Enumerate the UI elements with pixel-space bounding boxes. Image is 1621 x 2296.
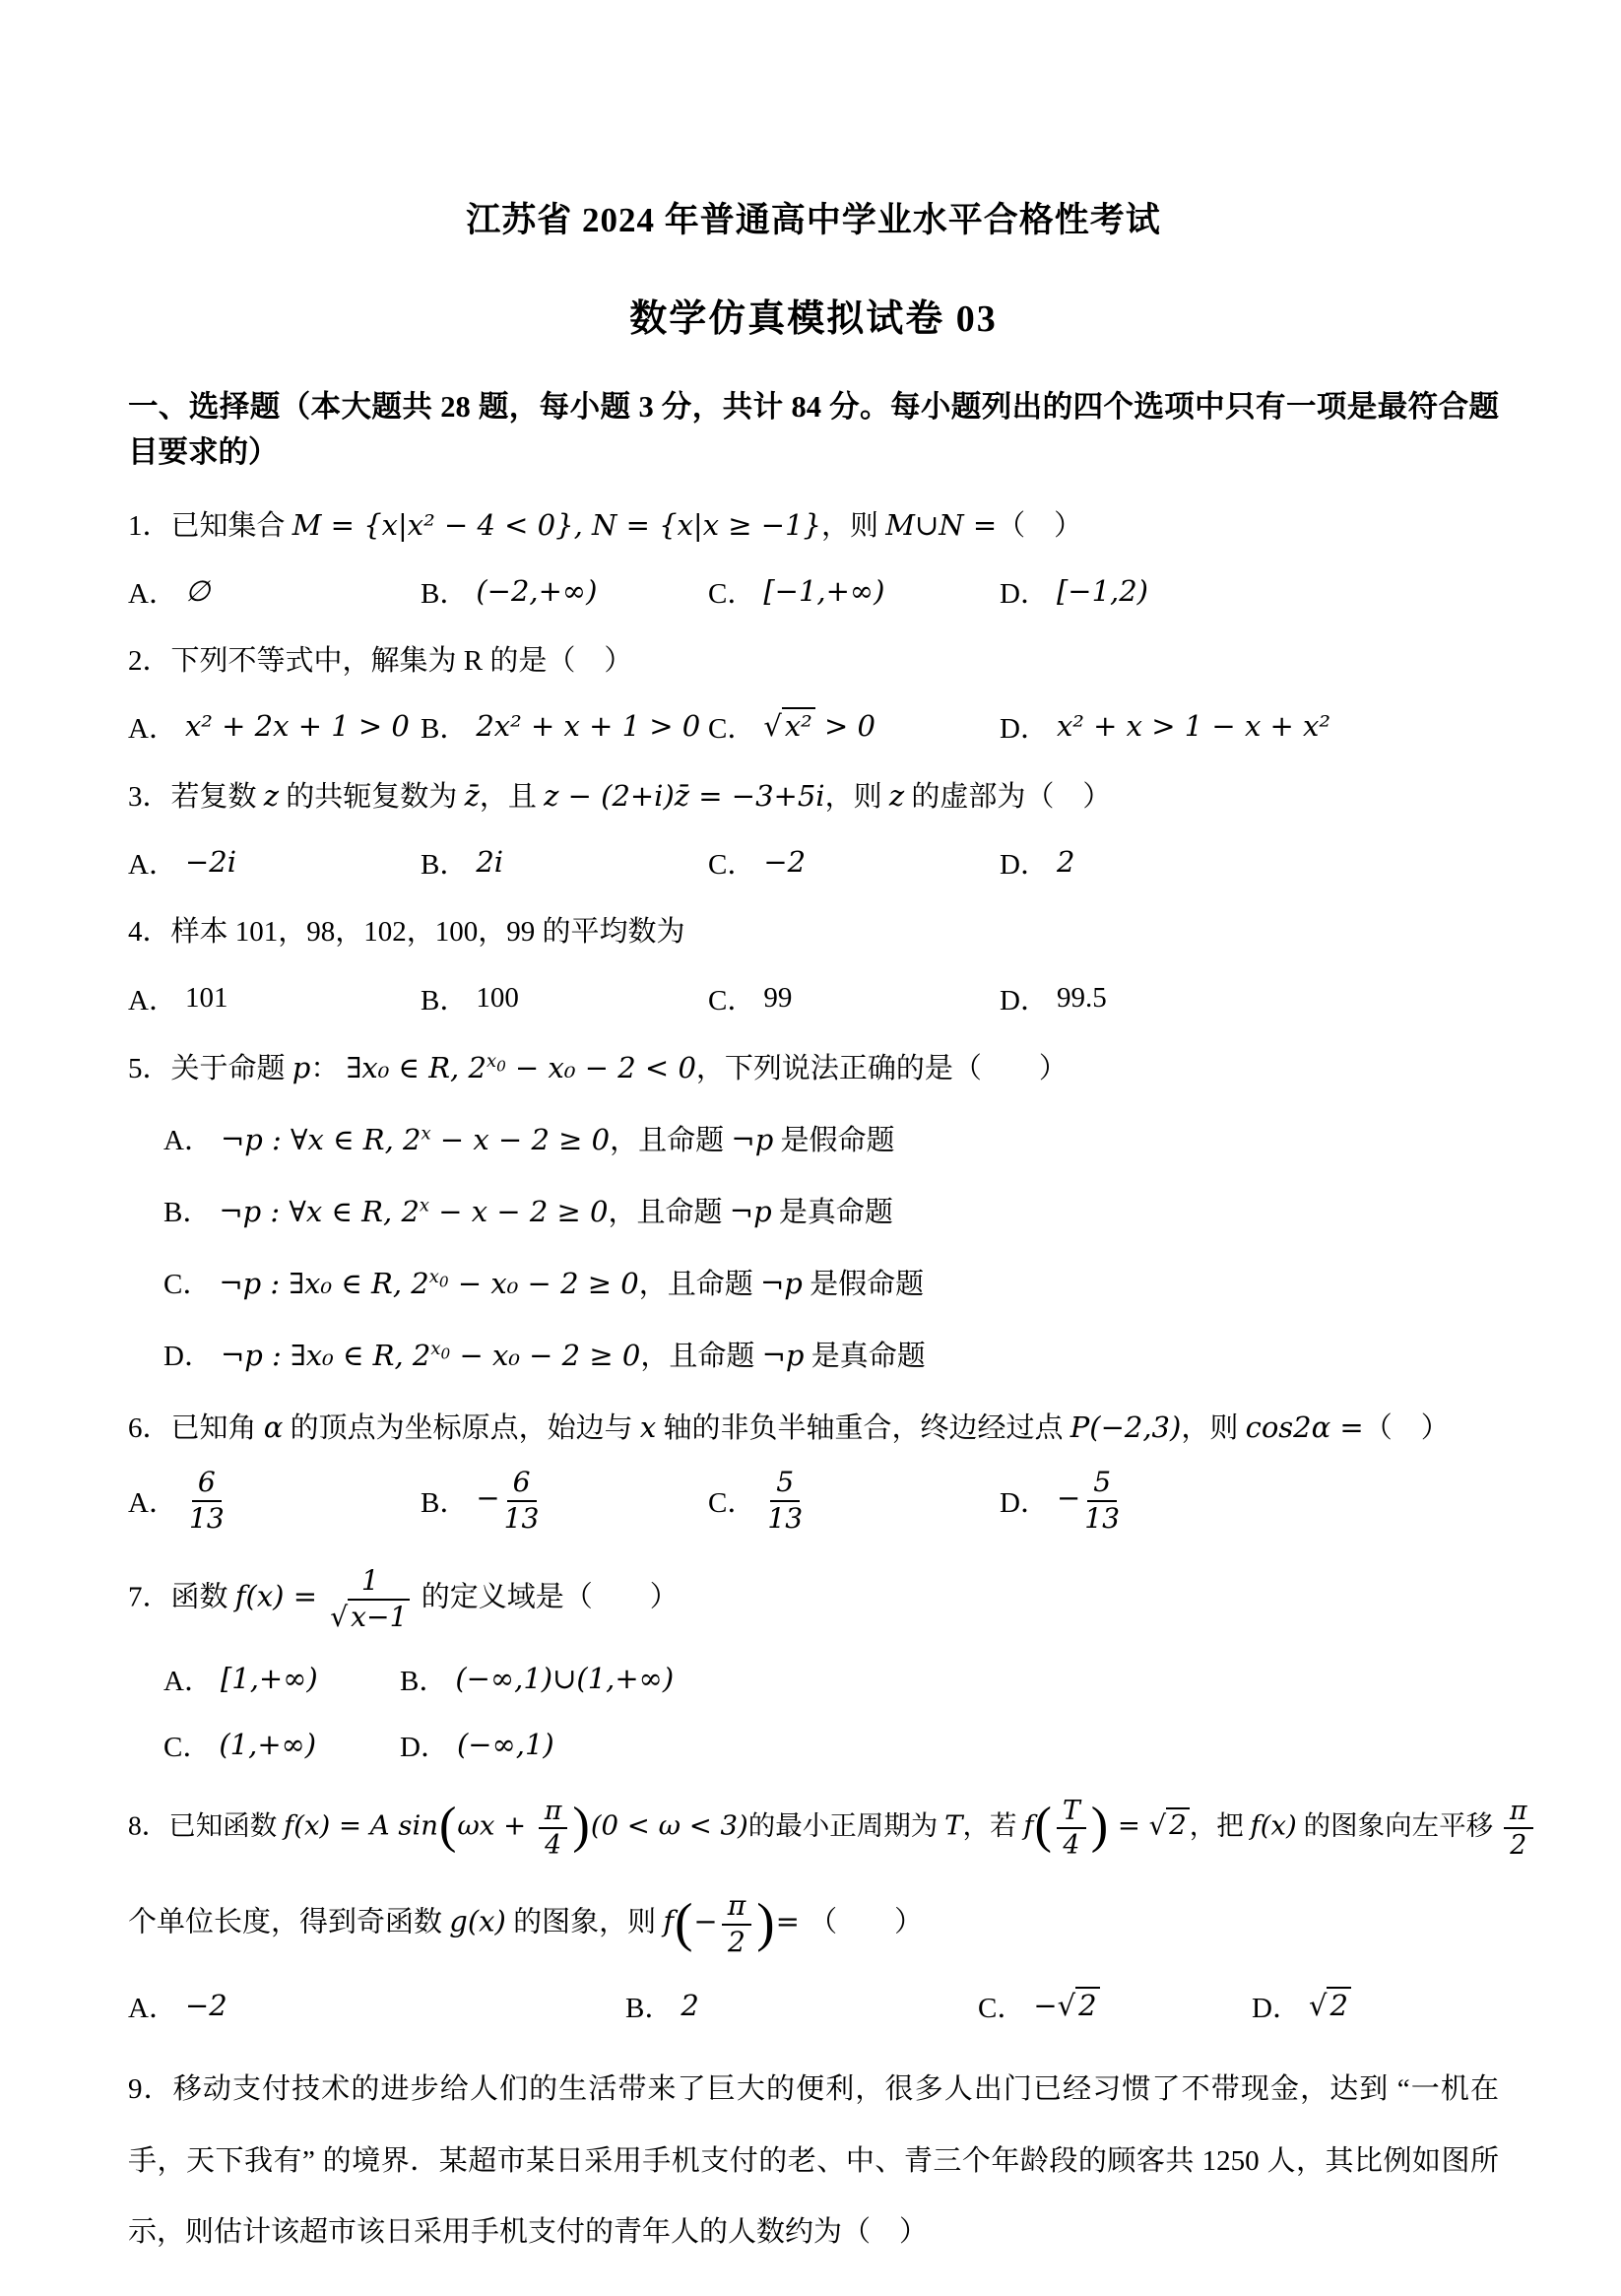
question-2-stem: 2．下列不等式中，解集为 R 的是（ ） [128,643,1499,679]
option-content: −2 [763,845,806,880]
option-content: 513 [763,1468,807,1535]
question-2: 2．下列不等式中，解集为 R 的是（ ） A．x² + 2x + 1 > 0B．… [128,643,1499,747]
option-content: 101 [185,982,228,1015]
option-item: B．2i [421,842,708,883]
option-label: B． [421,978,468,1018]
option-label: D． [1000,706,1049,747]
option-item: D．−513 [1000,1468,1124,1535]
option-label: C． [708,978,755,1018]
option-content: [−1,2) [1057,574,1148,609]
question-1: 1．已知集合 M = {x|x² − 4 < 0}, N = {x|x ≥ −1… [128,507,1499,612]
option-content: −613 [476,1468,543,1535]
option-content: 2i [476,845,503,880]
option-content: 2x² + x + 1 > 0 [476,709,700,744]
option-item: A．−2i [128,842,421,883]
option-label: A． [163,1659,213,1699]
option-label: C． [978,1986,1025,2026]
question-7-stem: 7．函数 f(x) = 1√x−1 的定义域是（ ） [128,1566,1499,1633]
question-6: 6．已知角 α 的顶点为坐标原点，始边与 x 轴的非负半轴重合，终边经过点 P(… [128,1410,1499,1535]
option-item: C．513 [708,1468,1000,1535]
option-content: 613 [185,1468,228,1535]
option-label: A． [128,571,177,612]
option-item: C．¬p : ∃x₀ ∈ R, 2x0 − x₀ − 2 ≥ 0，且命题 ¬p … [128,1262,1499,1302]
option-item: D．¬p : ∃x₀ ∈ R, 2x0 − x₀ − 2 ≥ 0，且命题 ¬p … [128,1334,1499,1374]
option-content: ∅ [185,574,210,609]
option-label: C． [708,842,755,883]
option-item: A．−2 [128,1986,625,2026]
exam-subtitle: 数学仿真模拟试卷 03 [128,288,1499,342]
option-item: B．(−2,+∞) [421,571,708,612]
option-content: (−∞,1) [457,1728,554,1762]
option-item: D．99.5 [1000,978,1107,1018]
option-content: 2 [1057,845,1074,880]
option-item: A．101 [128,978,421,1018]
option-item: B．2x² + x + 1 > 0 [421,706,708,747]
question-7-options-row-2: C．(1,+∞)D．(−∞,1) [128,1725,1499,1765]
option-item: C．[−1,+∞) [708,571,1000,612]
question-8: 8．已知函数 f(x) = A sin(ωx + π4)(0 < ω < 3)的… [128,1797,1499,2027]
option-content: −√2 [1033,1989,1099,2023]
option-item: D．2 [1000,842,1074,883]
option-content: 99 [763,982,792,1015]
option-content: ¬p : ∀x ∈ R, 2x − x − 2 ≥ 0，且命题 ¬p 是真命题 [219,1190,893,1230]
option-item: B．(−∞,1)∪(1,+∞) [400,1659,674,1699]
question-7: 7．函数 f(x) = 1√x−1 的定义域是（ ） A．[1,+∞)B．(−∞… [128,1566,1499,1765]
option-label: A． [128,1986,177,2026]
option-label: B． [163,1190,211,1230]
option-label: D． [1000,842,1049,883]
option-content: (−∞,1)∪(1,+∞) [455,1662,674,1696]
exam-page: 江苏省 2024 年普通高中学业水平合格性考试 数学仿真模拟试卷 03 一、选择… [0,0,1621,2296]
option-item: C．√x² > 0 [708,706,1000,747]
option-content: (−2,+∞) [476,574,597,609]
question-5-stem: 5．关于命题 p： ∃x₀ ∈ R, 2x0 − x₀ − 2 < 0，下列说法… [128,1050,1499,1086]
option-label: C． [708,571,755,612]
option-label: D． [400,1725,449,1765]
option-item: D．√2 [1252,1986,1351,2026]
option-item: C．−2 [708,842,1000,883]
option-label: B． [421,571,468,612]
option-label: B． [421,706,468,747]
option-content: √2 [1309,1989,1351,2023]
question-1-stem: 1．已知集合 M = {x|x² − 4 < 0}, N = {x|x ≥ −1… [128,507,1499,544]
option-label: B． [421,1480,468,1521]
option-content: [−1,+∞) [763,574,884,609]
question-1-options: A．∅B．(−2,+∞)C．[−1,+∞)D．[−1,2) [128,571,1499,612]
option-label: C． [163,1725,211,1765]
option-label: B． [421,842,468,883]
option-content: 2 [681,1989,698,2023]
question-4: 4．样本 101，98，102，100，99 的平均数为 A．101B．100C… [128,914,1499,1017]
option-label: A． [128,1480,177,1521]
option-content: 100 [476,982,519,1015]
option-item: B．100 [421,978,708,1018]
question-3: 3．若复数 z 的共轭复数为 z̄，且 z − (2+i)z̄ = −3+5i，… [128,778,1499,883]
option-item: C．(1,+∞) [163,1725,400,1765]
question-6-stem: 6．已知角 α 的顶点为坐标原点，始边与 x 轴的非负半轴重合，终边经过点 P(… [128,1410,1499,1446]
exam-title: 江苏省 2024 年普通高中学业水平合格性考试 [128,193,1499,242]
option-label: A． [128,842,177,883]
option-content: ¬p : ∃x₀ ∈ R, 2x0 − x₀ − 2 ≥ 0，且命题 ¬p 是假… [219,1262,924,1302]
question-3-stem: 3．若复数 z 的共轭复数为 z̄，且 z − (2+i)z̄ = −3+5i，… [128,778,1499,815]
option-content: −513 [1057,1468,1124,1535]
option-content: −2 [185,1989,227,2023]
option-item: D．(−∞,1) [400,1725,554,1765]
option-label: A． [128,706,177,747]
option-content: [1,+∞) [221,1662,318,1696]
option-content: x² + x > 1 − x + x² [1057,709,1330,744]
question-8-stem-line-1: 8．已知函数 f(x) = A sin(ωx + π4)(0 < ω < 3)的… [128,1797,1499,1861]
question-4-options: A．101B．100C．99D．99.5 [128,978,1499,1018]
option-item: B．¬p : ∀x ∈ R, 2x − x − 2 ≥ 0，且命题 ¬p 是真命… [128,1190,1499,1230]
option-content: (1,+∞) [219,1728,316,1762]
option-label: C． [708,1480,755,1521]
option-item: A．∅ [128,571,421,612]
option-label: B． [625,1986,673,2026]
question-5: 5．关于命题 p： ∃x₀ ∈ R, 2x0 − x₀ − 2 < 0，下列说法… [128,1050,1499,1374]
question-8-stem-line-2: 个单位长度，得到奇函数 g(x) 的图象，则 f(−π2)= （ ） [128,1891,1499,1958]
option-item: C．−√2 [978,1986,1252,2026]
option-label: D． [1000,571,1049,612]
option-content: −2i [185,845,236,880]
option-item: A．¬p : ∀x ∈ R, 2x − x − 2 ≥ 0，且命题 ¬p 是假命… [128,1118,1499,1158]
option-item: C．99 [708,978,1000,1018]
question-7-options-row-1: A．[1,+∞)B．(−∞,1)∪(1,+∞) [128,1659,1499,1699]
option-content: ¬p : ∀x ∈ R, 2x − x − 2 ≥ 0，且命题 ¬p 是假命题 [221,1118,895,1158]
question-3-options: A．−2iB．2iC．−2D．2 [128,842,1499,883]
option-label: A． [163,1118,213,1158]
option-item: B．−613 [421,1468,708,1535]
option-label: D． [1000,978,1049,1018]
option-item: A．613 [128,1468,421,1535]
option-label: A． [128,978,177,1018]
option-content: ¬p : ∃x₀ ∈ R, 2x0 − x₀ − 2 ≥ 0，且命题 ¬p 是真… [221,1334,926,1374]
question-8-options: A．−2B．2C．−√2D．√2 [128,1986,1499,2026]
option-content: 99.5 [1057,982,1107,1015]
option-item: A．[1,+∞) [163,1659,400,1699]
question-6-options: A．613B．−613C．513D．−513 [128,1468,1499,1535]
question-4-stem: 4．样本 101，98，102，100，99 的平均数为 [128,914,1499,950]
option-label: B． [400,1659,447,1699]
option-item: D．[−1,2) [1000,571,1148,612]
option-label: C． [708,706,755,747]
option-item: A．x² + 2x + 1 > 0 [128,706,421,747]
option-item: D．x² + x > 1 − x + x² [1000,706,1330,747]
option-label: D． [1252,1986,1301,2026]
option-item: B．2 [625,1986,978,2026]
option-content: √x² > 0 [763,709,875,744]
question-2-options: A．x² + 2x + 1 > 0B．2x² + x + 1 > 0C．√x² … [128,706,1499,747]
option-label: C． [163,1262,211,1302]
section-heading: 一、选择题（本大题共 28 题，每小题 3 分，共计 84 分。每小题列出的四个… [128,385,1499,476]
option-label: D． [163,1334,213,1374]
question-5-options: A．¬p : ∀x ∈ R, 2x − x − 2 ≥ 0，且命题 ¬p 是假命… [128,1118,1499,1374]
question-9: 9．移动支付技术的进步给人们的生活带来了巨大的便利，很多人出门已经习惯了不带现金… [128,2054,1499,2268]
option-label: D． [1000,1480,1049,1521]
option-content: x² + 2x + 1 > 0 [185,709,410,744]
question-9-stem: 9．移动支付技术的进步给人们的生活带来了巨大的便利，很多人出门已经习惯了不带现金… [128,2054,1499,2268]
